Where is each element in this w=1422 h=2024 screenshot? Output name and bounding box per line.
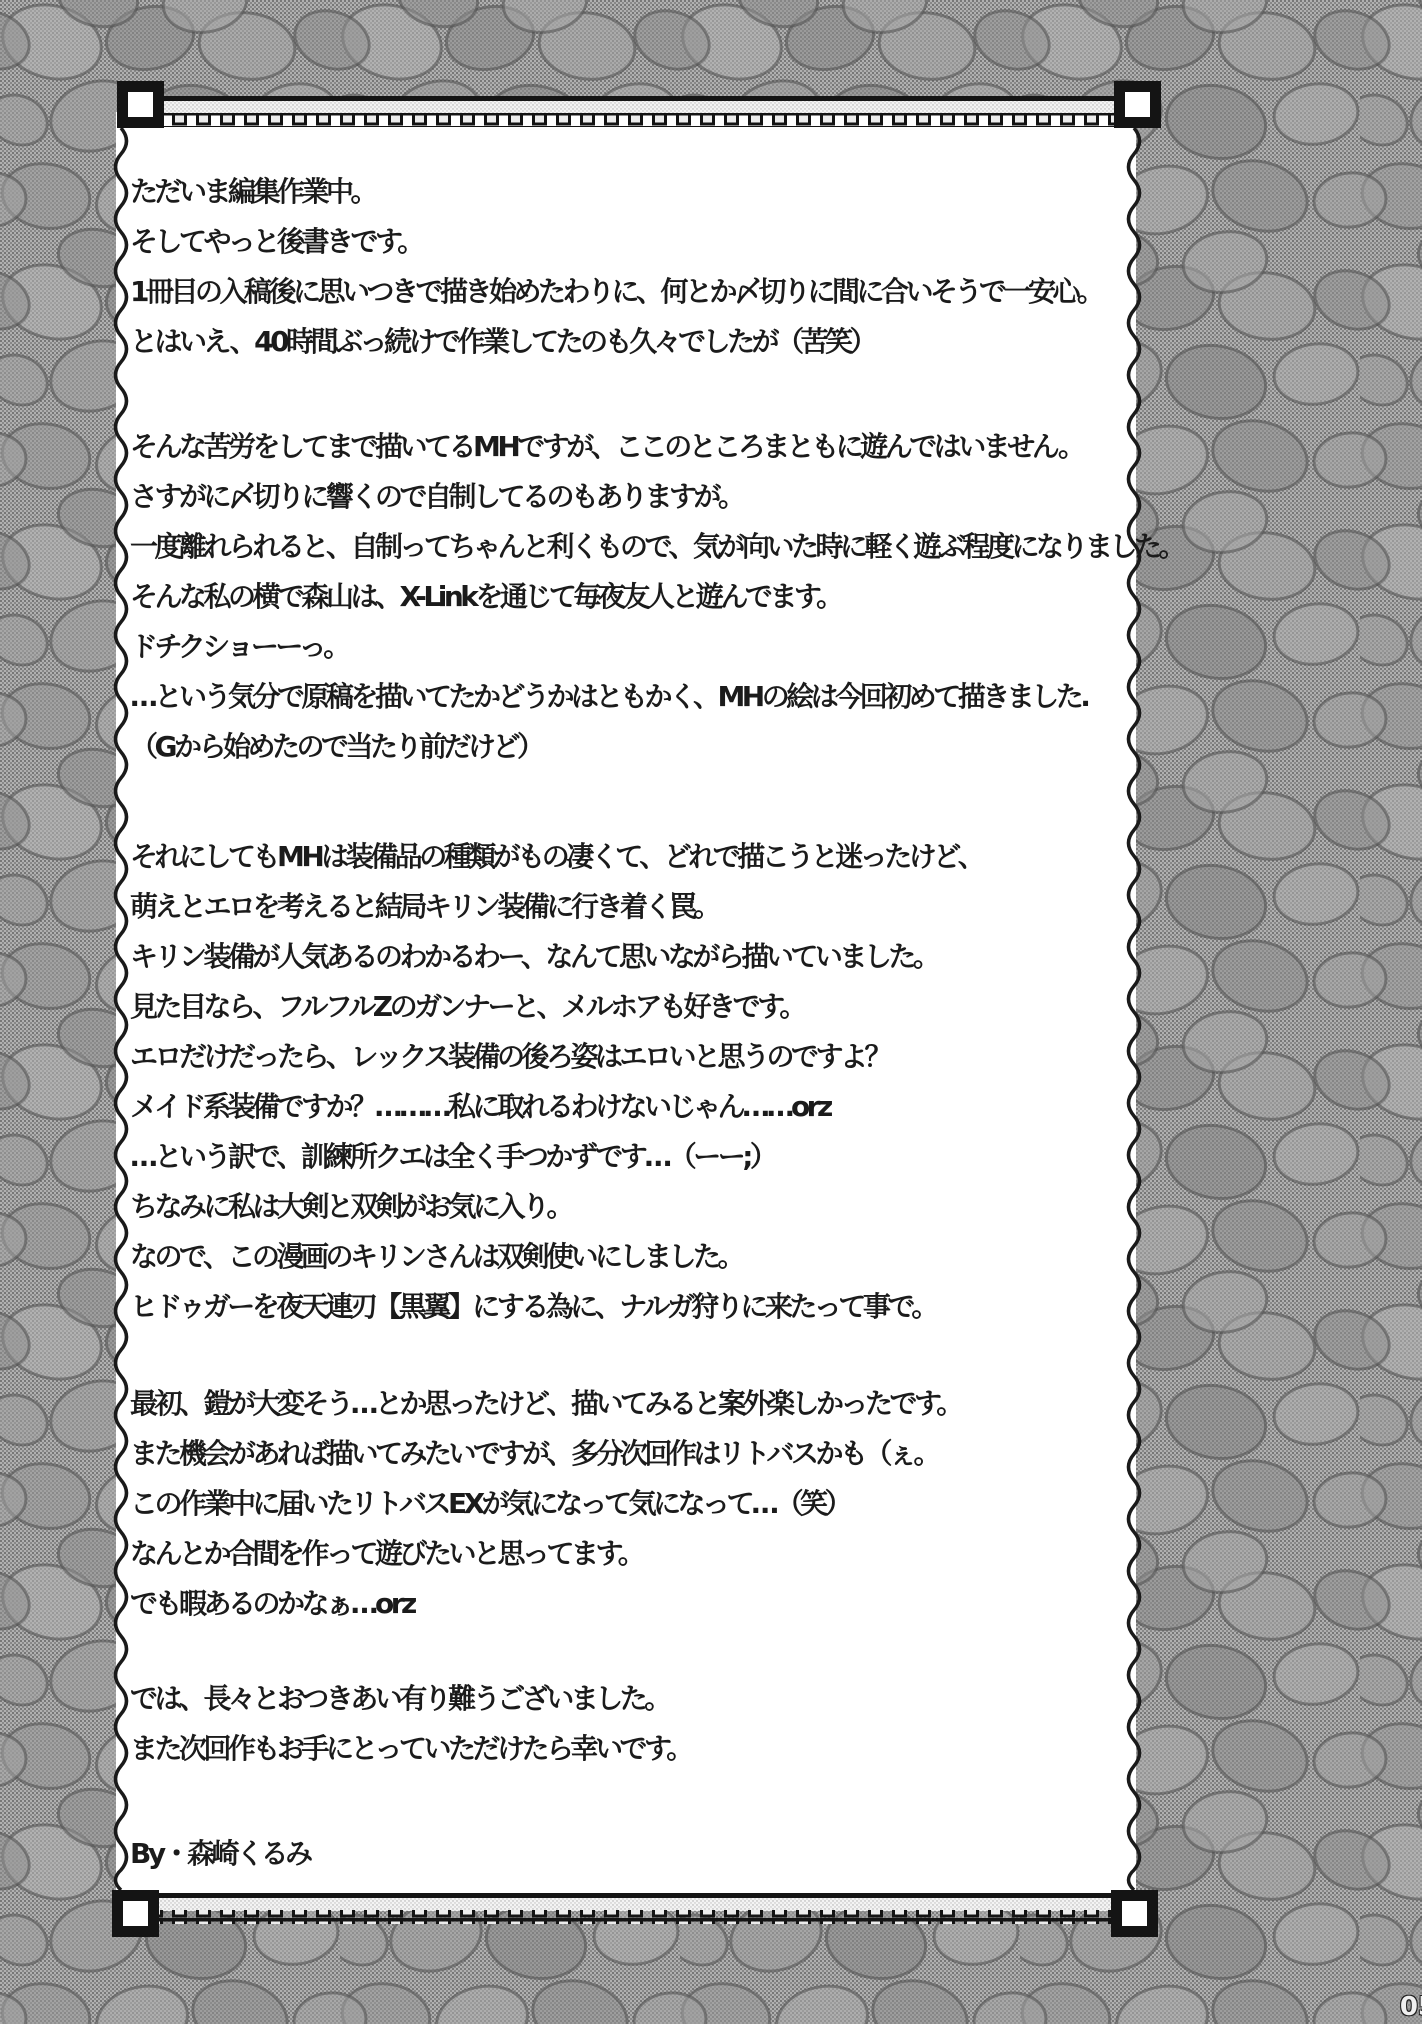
afterword-line: …という訳で、訓練所クエは全く手つかずです…（ーー;） (130, 1130, 1125, 1180)
afterword-line: この作業中に届いたリトバスEXが気になって気になって…（笑） (130, 1477, 1125, 1527)
afterword-paragraph: そんな苦労をしてまで描いてるMHですが、ここのところまともに遊んではいません。 … (130, 420, 1125, 770)
afterword-paragraph: ただいま編集作業中。 そしてやっと後書きです。 1冊目の入稿後に思いつきで描き始… (130, 165, 1125, 365)
afterword-line: でも暇あるのかなぁ…orz (130, 1577, 1125, 1627)
afterword-line: さすがに〆切りに響くので自制してるのもありますが。 (130, 470, 1125, 520)
afterword-line: 1冊目の入稿後に思いつきで描き始めたわりに、何とか〆切りに間に合いそうで一安心。 (130, 265, 1125, 315)
afterword-paragraph: では、長々とおつきあい有り難うございました。 また次回作もお手にとっていただけた… (130, 1672, 1125, 1772)
afterword-line: ヒドゥガーを夜天連刃【黒翼】にする為に、ナルガ狩りに来たって事で。 (130, 1280, 1125, 1330)
afterword-line: （Gから始めたので当たり前だけど） (130, 720, 1125, 770)
afterword-line: なので、この漫画のキリンさんは双剣使いにしました。 (130, 1230, 1125, 1280)
afterword-line: では、長々とおつきあい有り難うございました。 (130, 1672, 1125, 1722)
afterword-line: なんとか合間を作って遊びたいと思ってます。 (130, 1527, 1125, 1577)
corner-square-bottom-left (112, 1890, 159, 1937)
afterword-line: そしてやっと後書きです。 (130, 215, 1125, 265)
afterword-line: また次回作もお手にとっていただけたら幸いです。 (130, 1722, 1125, 1772)
battlement-border-top (164, 96, 1116, 127)
afterword-text: ただいま編集作業中。 そしてやっと後書きです。 1冊目の入稿後に思いつきで描き始… (130, 165, 1125, 1877)
afterword-line: 見た目なら、フルフルZのガンナーと、メルホアも好きです。 (130, 980, 1125, 1030)
corner-square-bottom-right (1111, 1890, 1158, 1937)
author-signature: By・森崎くるみ (130, 1827, 1125, 1877)
afterword-line: それにしてもMHは装備品の種類がもの凄くて、どれで描こうと迷ったけど、 (130, 830, 1125, 880)
afterword-line: 一度離れられると、自制ってちゃんと利くもので、気が向いた時に軽く遊ぶ程度になりま… (130, 520, 1125, 570)
afterword-line: 萌えとエロを考えると結局キリン装備に行き着く罠。 (130, 880, 1125, 930)
page-number: 05 (1400, 1992, 1422, 2022)
afterword-line: ドチクショーーっ。 (130, 620, 1125, 670)
corner-square-top-left (117, 81, 164, 128)
afterword-paragraph: 最初、鎧が大変そう…とか思ったけど、描いてみると案外楽しかったです。 また機会が… (130, 1377, 1125, 1627)
afterword-line: メイド系装備ですか？………私に取れるわけないじゃん……orz (130, 1080, 1125, 1130)
afterword-paragraph: それにしてもMHは装備品の種類がもの凄くて、どれで描こうと迷ったけど、 萌えとエ… (130, 830, 1125, 1330)
afterword-line: エロだけだったら、レックス装備の後ろ姿はエロいと思うのですよ？ (130, 1030, 1125, 1080)
battlement-border-bottom (159, 1893, 1113, 1924)
afterword-line: また機会があれば描いてみたいですが、多分次回作はリトバスかも（ぇ。 (130, 1427, 1125, 1477)
afterword-line: そんな苦労をしてまで描いてるMHですが、ここのところまともに遊んではいません。 (130, 420, 1125, 470)
afterword-line: そんな私の横で森山は、X-Linkを通じて毎夜友人と遊んでます。 (130, 570, 1125, 620)
afterword-line: …という気分で原稿を描いてたかどうかはともかく、MHの絵は今回初めて描きました. (130, 670, 1125, 720)
afterword-line: ちなみに私は大剣と双剣がお気に入り。 (130, 1180, 1125, 1230)
corner-square-top-right (1114, 81, 1161, 128)
afterword-line: 最初、鎧が大変そう…とか思ったけど、描いてみると案外楽しかったです。 (130, 1377, 1125, 1427)
afterword-line: ただいま編集作業中。 (130, 165, 1125, 215)
afterword-line: とはいえ、40時間ぶっ続けで作業してたのも久々でしたが（苦笑） (130, 315, 1125, 365)
afterword-line: キリン装備が人気あるのわかるわー、なんて思いながら描いていました。 (130, 930, 1125, 980)
afterword-page: ただいま編集作業中。 そしてやっと後書きです。 1冊目の入稿後に思いつきで描き始… (0, 0, 1422, 2024)
